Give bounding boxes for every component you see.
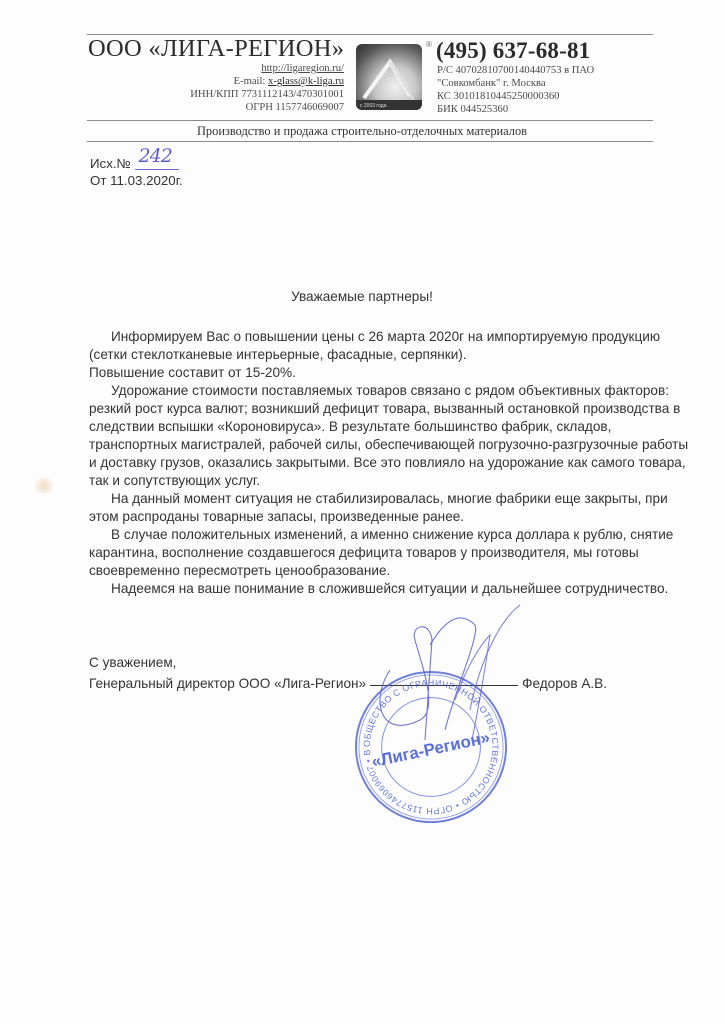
paragraph-closing-hope: Надеемся на ваше понимание в сложившейся… (89, 580, 689, 598)
letter-body: Информируем Вас о повышении цены с 26 ма… (89, 328, 689, 598)
handwritten-signature-icon (360, 600, 560, 750)
outgoing-number: Исх.№ 242 (90, 154, 183, 172)
triangle-logo-icon: с 2003 года (356, 44, 422, 110)
paragraph-price-increase: Информируем Вас о повышении цены с 26 ма… (89, 328, 689, 364)
handwritten-number: 242 (135, 154, 179, 170)
company-tagline: Производство и продажа строительно-отдел… (0, 124, 724, 139)
paragraph-positive-changes: В случае положительных изменений, а имен… (89, 526, 689, 580)
paragraph-current-situation: На данный момент ситуация не стабилизиро… (89, 490, 689, 526)
header-bottom-rule (87, 141, 653, 142)
ogrn: ОГРН 1157746069007 (190, 101, 344, 114)
company-contacts: http://ligaregion.ru/ E-mail: x-glass@k-… (190, 62, 344, 114)
logo-small-text: с 2003 года (360, 103, 386, 109)
bank-name: "Совкомбанк" г. Москва (437, 77, 594, 90)
website-link[interactable]: http://ligaregion.ru/ (190, 62, 344, 75)
corr-account: КС 30101810445250000360 (437, 90, 594, 103)
paper-stain (33, 478, 55, 494)
outgoing-reference: Исх.№ 242 От 11.03.2020г. (90, 154, 183, 189)
email-line: E-mail: x-glass@k-liga.ru (190, 75, 344, 88)
outgoing-date: От 11.03.2020г. (90, 172, 183, 189)
phone-number: (495) 637-68-81 (436, 38, 590, 64)
outgoing-number-label: Исх.№ (90, 156, 131, 171)
bik: БИК 044525360 (437, 103, 594, 116)
signatory-title: Генеральный директор ООО «Лига-Регион» (89, 676, 366, 691)
company-name: ООО «ЛИГА-РЕГИОН» (88, 35, 344, 63)
letter-greeting: Уважаемые партнеры! (0, 289, 724, 304)
bank-details: Р/С 40702810700140440753 в ПАО "Совкомба… (437, 64, 594, 116)
header-middle-rule (87, 120, 653, 121)
email-label: E-mail: (234, 76, 266, 87)
paragraph-increase-amount: Повышение составит от 15-20%. (89, 364, 689, 382)
email-link[interactable]: x-glass@k-liga.ru (268, 76, 344, 87)
inn-kpp: ИНН/КПП 7731112143/470301001 (190, 88, 344, 101)
paragraph-reasons: Удорожание стоимости поставляемых товаро… (89, 382, 689, 490)
bank-account: Р/С 40702810700140440753 в ПАО (437, 64, 594, 77)
letter-page: ООО «ЛИГА-РЕГИОН» http://ligaregion.ru/ … (0, 0, 724, 1024)
registered-mark: ® (426, 40, 432, 49)
